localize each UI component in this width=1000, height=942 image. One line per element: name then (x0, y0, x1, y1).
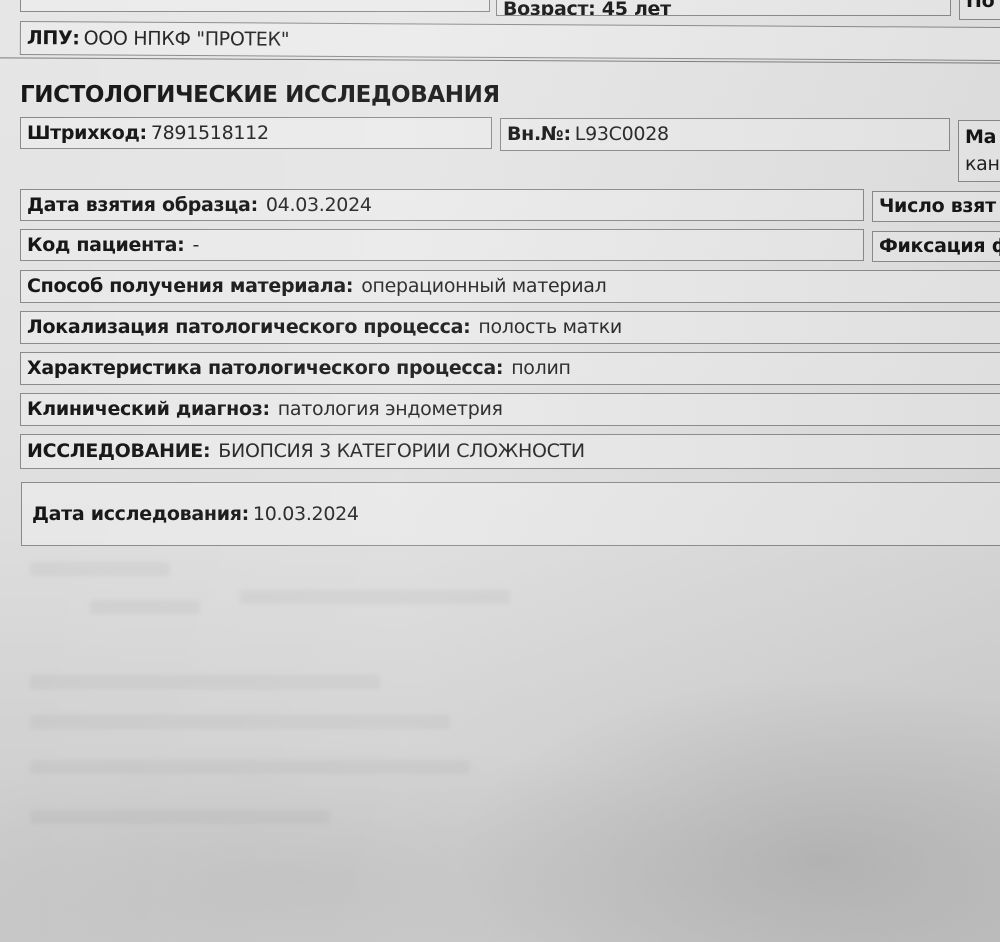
characteristic-value: полип (511, 359, 570, 378)
patient-code-label: Код пациента: (27, 236, 184, 255)
sample-date-field: Дата взятия образца: 04.03.2024 (20, 189, 864, 221)
internal-number-value: L93C0028 (575, 125, 669, 144)
bleed-through-text (30, 675, 380, 689)
material-value: кан (965, 155, 1000, 174)
method-value: операционный материал (361, 277, 606, 296)
barcode-label: Штрихкод: (27, 124, 147, 143)
clinical-diagnosis-value: патология эндометрия (278, 400, 503, 419)
fixation-label: Фиксация ф (879, 237, 1000, 256)
characteristic-label: Характеристика патологического процесса: (27, 359, 503, 378)
study-field: ИССЛЕДОВАНИЕ: БИОПСИЯ 3 КАТЕГОРИИ СЛОЖНО… (20, 434, 1000, 469)
lpu-value: ООО НПКФ "ПРОТЕК" (84, 29, 290, 49)
method-label: Способ получения материала: (27, 277, 353, 296)
characteristic-field: Характеристика патологического процесса:… (20, 352, 1000, 385)
sample-count-label: Число взят (879, 197, 996, 216)
patient-code-field: Код пациента: - (20, 229, 864, 261)
bleed-through-text (30, 760, 470, 774)
bleed-through-text (30, 810, 330, 824)
sample-count-field-cut: Число взят (872, 191, 1000, 222)
localization-label: Локализация патологического процесса: (27, 318, 470, 337)
bleed-through-text (240, 590, 510, 604)
internal-number-label: Вн.№: (507, 125, 571, 144)
localization-value: полость матки (478, 318, 622, 337)
study-date-label: Дата исследования: (32, 505, 249, 524)
section-title: ГИСТОЛОГИЧЕСКИЕ ИССЛЕДОВАНИЯ (20, 82, 500, 108)
clinical-diagnosis-field: Клинический диагноз: патология эндометри… (20, 393, 1000, 426)
material-field-cut: Ма кан (958, 120, 1000, 182)
internal-number-field: Вн.№: L93C0028 (500, 118, 950, 151)
material-label: Ма (965, 128, 996, 147)
study-date-field: Дата исследования: 10.03.2024 (21, 482, 1000, 546)
sample-date-label: Дата взятия образца: (27, 196, 258, 215)
bleed-through-text (30, 715, 450, 729)
top-left-field-cut (20, 0, 490, 12)
study-value: БИОПСИЯ 3 КАТЕГОРИИ СЛОЖНОСТИ (218, 442, 585, 461)
method-field: Способ получения материала: операционный… (20, 270, 1000, 303)
age-field-cut: Возраст: 45 лет (496, 0, 951, 16)
bleed-through-text (90, 600, 200, 614)
age-field-text: Возраст: 45 лет (503, 0, 671, 16)
lpu-label: ЛПУ: (27, 29, 80, 48)
clinical-diagnosis-label: Клинический диагноз: (27, 400, 270, 419)
fixation-field-cut: Фиксация ф (872, 231, 1000, 262)
right-field-cut: По (959, 0, 1000, 20)
right-field-label: По (966, 0, 994, 11)
study-label: ИССЛЕДОВАНИЕ: (27, 442, 210, 461)
study-date-value: 10.03.2024 (253, 505, 359, 524)
lpu-field: ЛПУ: ООО НПКФ "ПРОТЕК" (20, 21, 1000, 61)
barcode-value: 7891518112 (151, 124, 269, 143)
barcode-field: Штрихкод: 7891518112 (20, 117, 492, 149)
localization-field: Локализация патологического процесса: по… (20, 311, 1000, 344)
bleed-through-text (30, 562, 170, 576)
sample-date-value: 04.03.2024 (266, 196, 372, 215)
patient-code-value: - (192, 236, 199, 255)
